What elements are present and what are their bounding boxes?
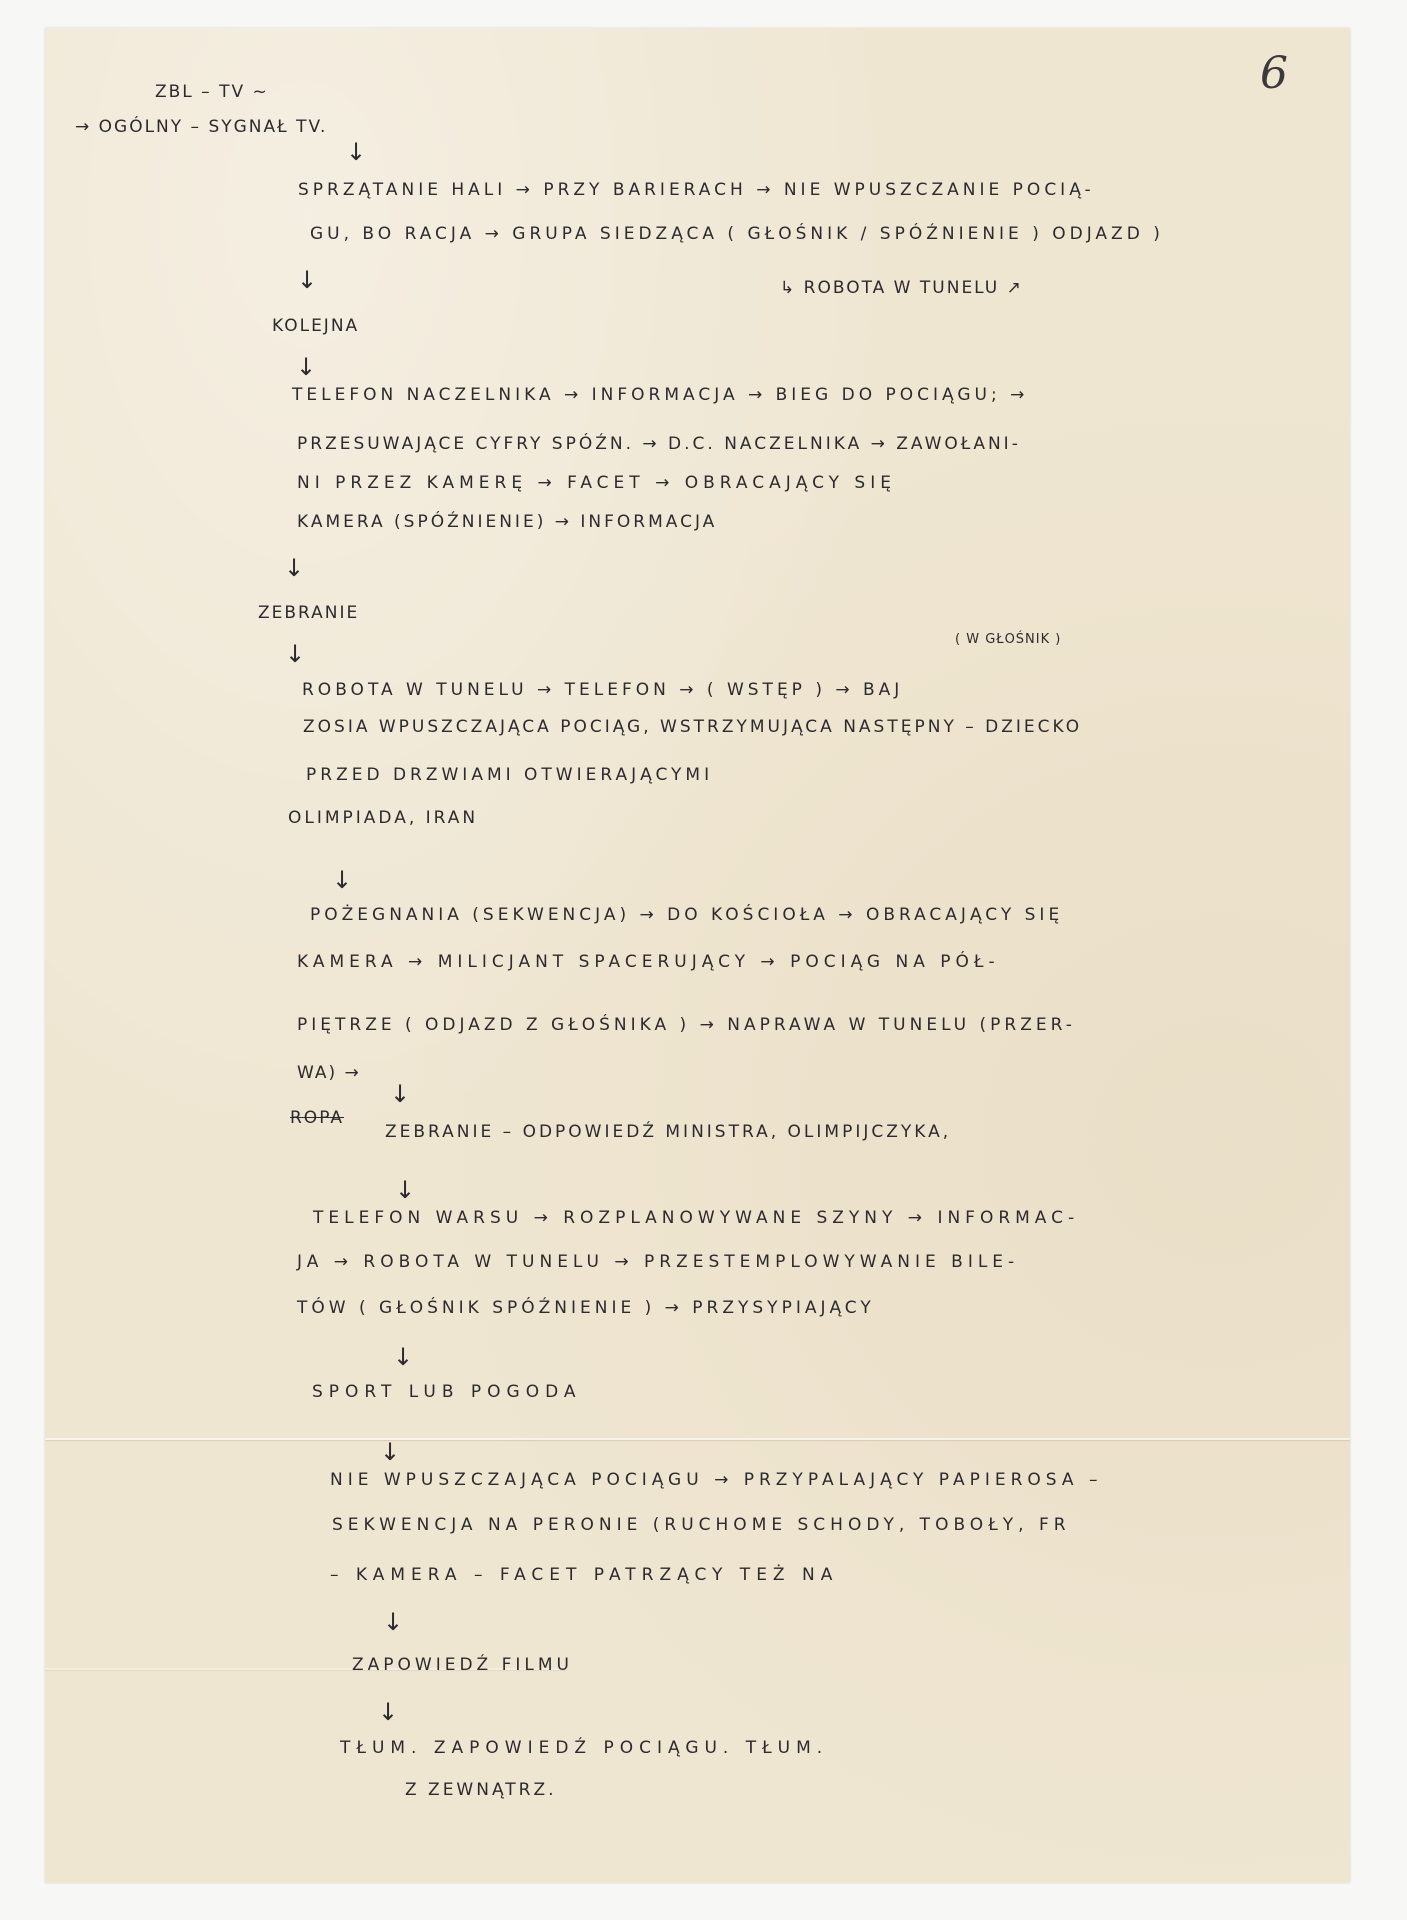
text-line: ZOSIA WPUSZCZAJĄCA POCIĄG, WSTRZYMUJĄCA … [303,717,1082,737]
text-line: KAMERA → MILICJANT SPACERUJĄCY → POCIĄG … [297,952,1000,972]
page-number: 6 [1260,48,1288,99]
paper-fold [45,1438,1350,1440]
down-arrow-icon: ↓ [383,1610,403,1634]
text-line: ROBOTA W TUNELU → TELEFON → ( WSTĘP ) → … [302,680,903,700]
down-arrow-icon: ↓ [285,642,305,666]
down-arrow-icon: ↓ [296,355,316,379]
text-line: TELEFON WARSU → ROZPLANOWYWANE SZYNY → I… [313,1208,1079,1228]
text-line: WA) → [297,1063,361,1083]
section-zebranie: ZEBRANIE [258,603,359,623]
text-line: TELEFON NACZELNIKA → INFORMACJA → BIEG D… [292,385,1028,405]
text-line: SEKWENCJA NA PERONIE (RUCHOME SCHODY, TO… [332,1515,1071,1535]
down-arrow-icon: ↓ [284,556,304,580]
section-zapowiedz: ZAPOWIEDŹ FILMU [352,1655,573,1675]
text-line: JA → ROBOTA W TUNELU → PRZESTEMPLOWYWANI… [297,1252,1019,1272]
heading-zbl-tv: ZBL – TV ~ [155,82,269,102]
text-line: → OGÓLNY – SYGNAŁ TV. [75,117,327,137]
text-line: PRZED DRZWIAMI OTWIERAJĄCYMI [306,765,713,785]
text-line: ( W GŁOŚNIK ) [955,632,1061,647]
text-line: ↳ ROBOTA W TUNELU ↗ [780,278,1023,298]
section-sport: SPORT LUB POGODA [312,1382,582,1402]
struck-text: ROPA [290,1108,344,1128]
text-line: NIE WPUSZCZAJĄCA POCIĄGU → PRZYPALAJĄCY … [330,1470,1102,1490]
text-line: TÓW ( GŁOŚNIK SPÓŹNIENIE ) → PRZYSYPIAJĄ… [297,1298,875,1318]
down-arrow-icon: ↓ [380,1440,400,1464]
text-line: ZEBRANIE – ODPOWIEDŹ MINISTRA, OLIMPIJCZ… [385,1122,951,1142]
down-arrow-icon: ↓ [395,1178,415,1202]
down-arrow-icon: ↓ [332,868,352,892]
down-arrow-icon: ↓ [378,1700,398,1724]
text-line: TŁUM. ZAPOWIEDŹ POCIĄGU. TŁUM. [340,1738,828,1758]
down-arrow-icon: ↓ [393,1345,413,1369]
down-arrow-icon: ↓ [297,268,317,292]
text-line: PIĘTRZE ( ODJAZD Z GŁOŚNIKA ) → NAPRAWA … [297,1015,1076,1035]
section-kolejna: KOLEJNA [272,316,359,336]
text-line: – KAMERA – FACET PATRZĄCY TEŻ NA [330,1565,838,1585]
text-line: GU, BO RACJA → GRUPA SIEDZĄCA ( GŁOŚNIK … [310,224,1164,244]
text-line: POŻEGNANIA (SEKWENCJA) → DO KOŚCIOŁA → O… [310,905,1063,925]
text-line: NI PRZEZ KAMERĘ → FACET → OBRACAJĄCY SIĘ [297,473,896,493]
text-line: PRZESUWAJĄCE CYFRY SPÓŹN. → D.C. NACZELN… [297,434,1021,454]
text-line: KAMERA (SPÓŹNIENIE) → INFORMACJA [297,512,717,532]
text-line: OLIMPIADA, IRAN [288,808,478,828]
down-arrow-icon: ↓ [346,140,366,164]
text-line: SPRZĄTANIE HALI → PRZY BARIERACH → NIE W… [298,180,1095,200]
down-arrow-icon: ↓ [390,1082,410,1106]
text-line: Z ZEWNĄTRZ. [405,1780,557,1800]
